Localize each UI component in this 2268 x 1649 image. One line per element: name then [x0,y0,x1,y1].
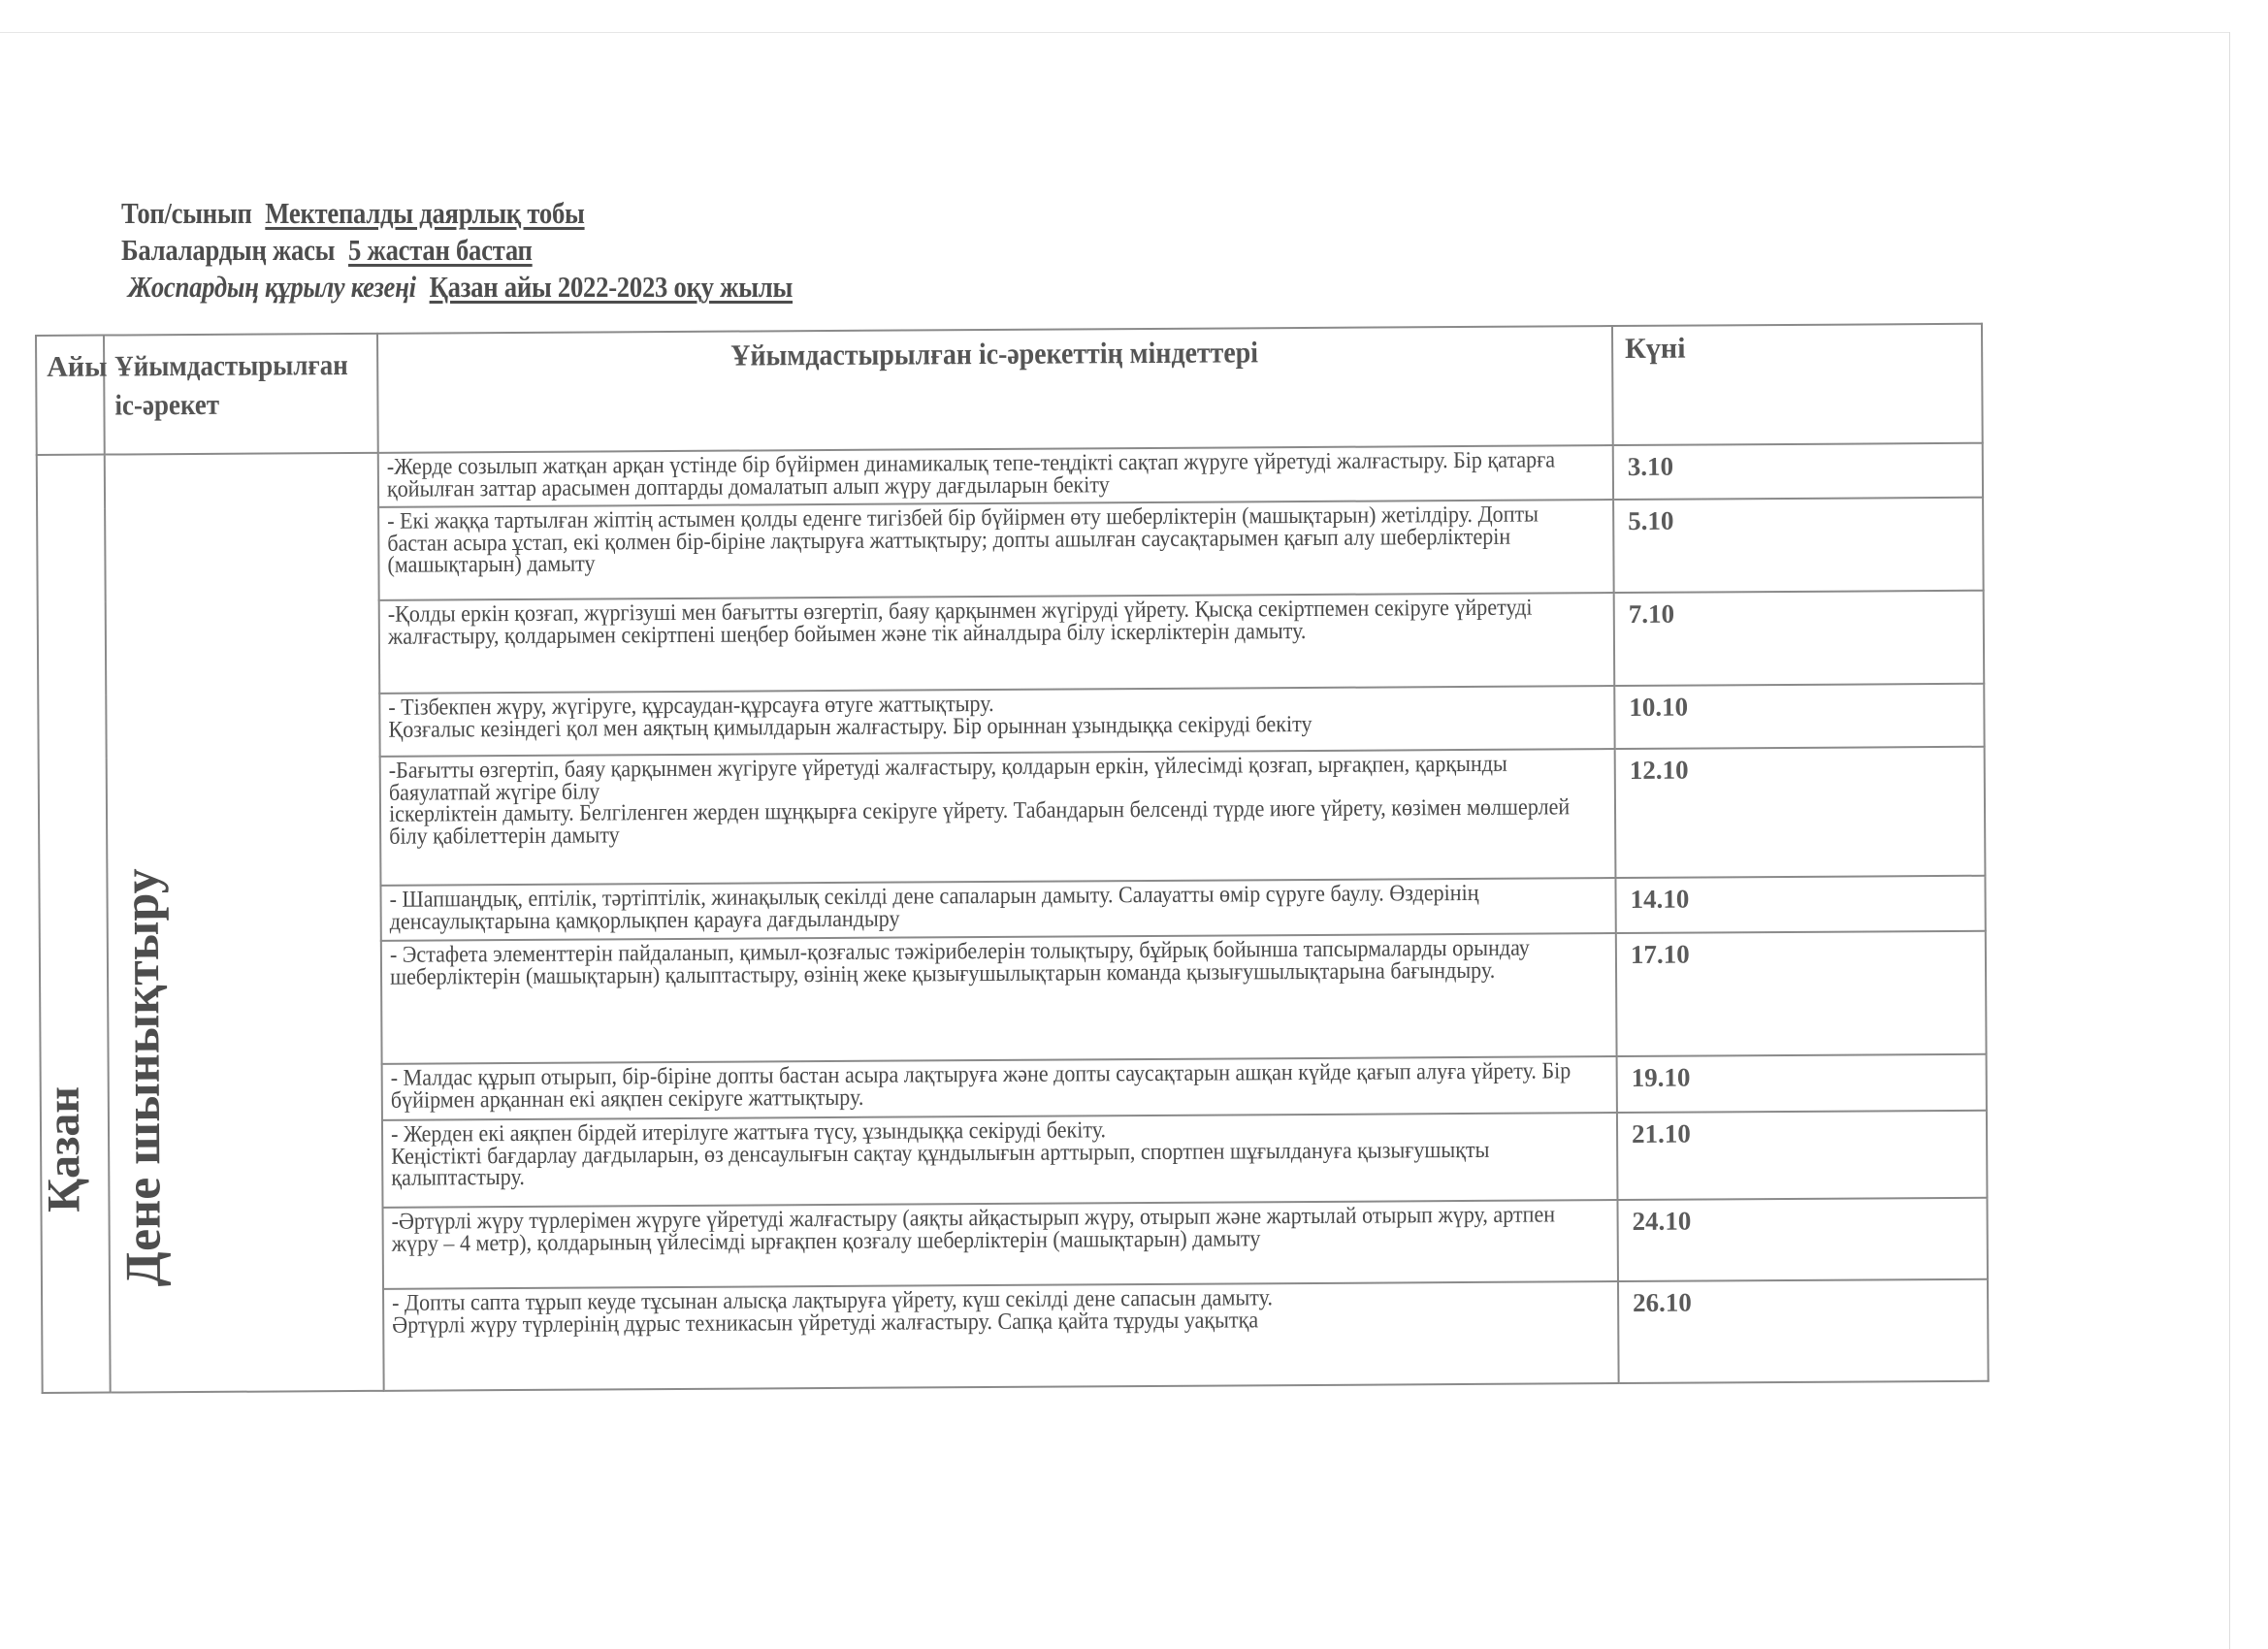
task-text: - Жерден екі аяқпен бірдей итерілуге жат… [391,1116,1603,1189]
task-cell: - Малдас құрып отырып, бір-біріне допты … [382,1056,1617,1120]
task-text: - Эстафета элементтерін пайдаланып, қимы… [390,937,1602,988]
task-cell: - Тізбекпен жүру, жүгіруге, құрсаудан-құ… [379,686,1614,757]
date-cell: 3.10 [1613,443,1983,500]
task-text: -Әртүрлі жүру түрлерімен жүруге үйретуді… [392,1204,1604,1255]
column-header-activity-text: Ұйымдастырылған іс-әрекет [114,346,348,425]
date-cell: 12.10 [1615,747,1986,878]
activity-cell: Дене шынықтыру [105,453,384,1393]
date-cell: 10.10 [1614,684,1984,749]
task-text: - Тізбекпен жүру, жүгіруге, құрсаудан-құ… [388,690,1600,741]
task-cell: -Әртүрлі жүру түрлерімен жүруге үйретуді… [383,1200,1618,1289]
period-line: Жоспардың құрылу кезеңіҚазан айы 2022-20… [128,270,793,305]
task-text: - Екі жаққа тартылған жіптің астымен қол… [387,503,1599,576]
date-cell: 21.10 [1617,1111,1988,1200]
date-cell: 24.10 [1617,1198,1988,1281]
task-cell: - Эстафета элементтерін пайдаланып, қимы… [381,933,1617,1064]
task-text: - Допты сапта тұрып кеуде тұсынан алысқа… [392,1285,1604,1337]
date-cell: 26.10 [1618,1279,1989,1383]
period-value: Қазан айы 2022-2023 оқу жылы [430,270,793,304]
table-header-row: Айы Ұйымдастырылған іс-әрекет Ұйымдастыр… [36,324,1983,455]
column-header-month: Айы [36,336,105,455]
scan-edge-top [0,32,2229,33]
group-label: Топ/сынып [121,196,252,230]
table-body: ҚазанДене шынықтыру -Жерде созылып жатқа… [37,443,1989,1393]
task-text: -Жерде созылып жатқан арқан үстінде бір … [387,449,1599,501]
task-text: - Шапшаңдық, ептілік, тәртіптілік, жинақ… [389,882,1601,933]
age-label: Балалардың жасы [121,233,335,267]
task-text: -Бағытты өзгертіп, баяу қарқынмен жүгіру… [389,753,1601,848]
date-cell: 14.10 [1615,876,1985,933]
column-header-tasks-text: Ұйымдастырылған іс-әрекеттің міндеттері [731,335,1259,372]
column-header-activity: Ұйымдастырылған іс-әрекет [104,334,378,455]
month-cell: Қазан [37,455,111,1393]
group-value: Мектепалды даярлық тобы [265,196,584,230]
date-cell: 17.10 [1616,931,1987,1056]
task-text: -Қолды еркін қозғап, жүргізуші мен бағыт… [388,597,1600,648]
task-text: - Малдас құрып отырып, бір-біріне допты … [391,1060,1603,1112]
lesson-plan-table: Айы Ұйымдастырылған іс-әрекет Ұйымдастыр… [35,323,1990,1394]
date-cell: 19.10 [1617,1054,1987,1113]
task-cell: - Екі жаққа тартылған жіптің астымен қол… [378,500,1614,600]
group-line: Топ/сыныпМектепалды даярлық тобы [121,196,585,231]
column-header-tasks: Ұйымдастырылған іс-әрекеттің міндеттері [377,326,1613,453]
task-cell: - Допты сапта тұрып кеуде тұсынан алысқа… [383,1281,1619,1391]
date-cell: 7.10 [1614,591,1985,686]
date-cell: 5.10 [1613,498,1984,593]
age-line: Балалардың жасы5 жастан бастап [121,233,533,268]
scan-edge-right [2229,32,2230,1649]
task-cell: -Жерде созылып жатқан арқан үстінде бір … [378,445,1613,507]
period-label: Жоспардың құрылу кезеңі [128,270,416,304]
age-value: 5 жастан бастап [348,233,533,267]
month-label: Қазан [37,1086,91,1212]
activity-label: Дене шынықтыру [113,868,173,1286]
task-cell: - Жерден екі аяқпен бірдей итерілуге жат… [382,1113,1618,1208]
task-cell: - Шапшаңдық, ептілік, тәртіптілік, жинақ… [380,878,1615,941]
task-cell: -Қолды еркін қозғап, жүргізуші мен бағыт… [379,593,1615,694]
task-cell: -Бағытты өзгертіп, баяу қарқынмен жүгіру… [380,749,1616,886]
column-header-date: Күні [1612,324,1983,445]
